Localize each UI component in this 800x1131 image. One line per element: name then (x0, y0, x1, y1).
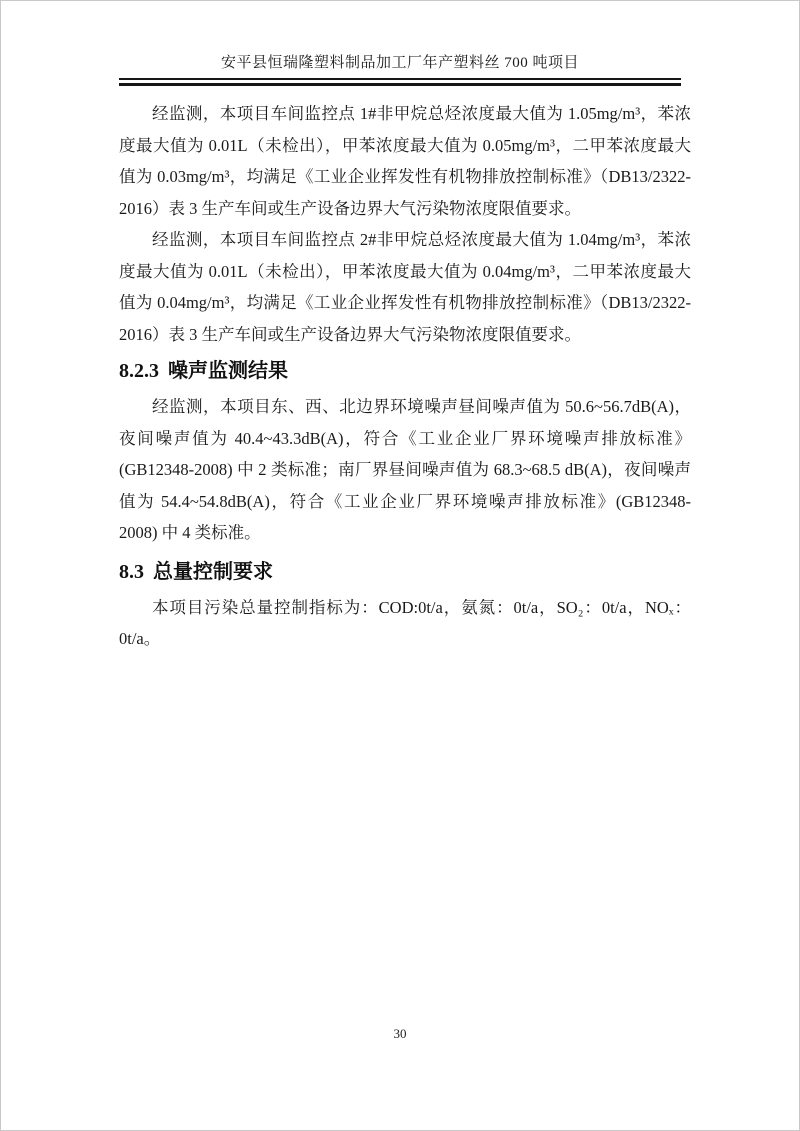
section-title: 噪声监测结果 (168, 360, 288, 382)
page-number: 30 (1, 1025, 799, 1043)
document-page: 安平县恒瑞隆塑料制品加工厂年产塑料丝 700 吨项目 经监测，本项目车间监控点 … (0, 0, 800, 1131)
header-title: 安平县恒瑞隆塑料制品加工厂年产塑料丝 700 吨项目 (1, 53, 799, 73)
section-number: 8.3 (119, 561, 144, 583)
paragraph-monitor-point-1: 经监测，本项目车间监控点 1#非甲烷总烃浓度最大值为 1.05mg/m³，苯浓度… (119, 98, 691, 224)
paragraph-total-amount-control: 本项目污染总量控制指标为：COD:0t/a，氨氮：0t/a，SO₂：0t/a，N… (119, 592, 691, 655)
paragraph-monitor-point-2: 经监测，本项目车间监控点 2#非甲烷总烃浓度最大值为 1.04mg/m³，苯浓度… (119, 224, 691, 350)
document-body: 经监测，本项目车间监控点 1#非甲烷总烃浓度最大值为 1.05mg/m³，苯浓度… (119, 98, 691, 655)
section-heading-8-2-3: 8.2.3噪声监测结果 (119, 356, 691, 386)
paragraph-noise-results: 经监测，本项目东、西、北边界环境噪声昼间噪声值为 50.6~56.7dB(A)，… (119, 391, 691, 549)
header-double-rule (119, 78, 681, 86)
section-title: 总量控制要求 (153, 561, 273, 583)
section-number: 8.2.3 (119, 360, 159, 382)
section-heading-8-3: 8.3总量控制要求 (119, 557, 691, 587)
page-header: 安平县恒瑞隆塑料制品加工厂年产塑料丝 700 吨项目 (1, 53, 799, 86)
